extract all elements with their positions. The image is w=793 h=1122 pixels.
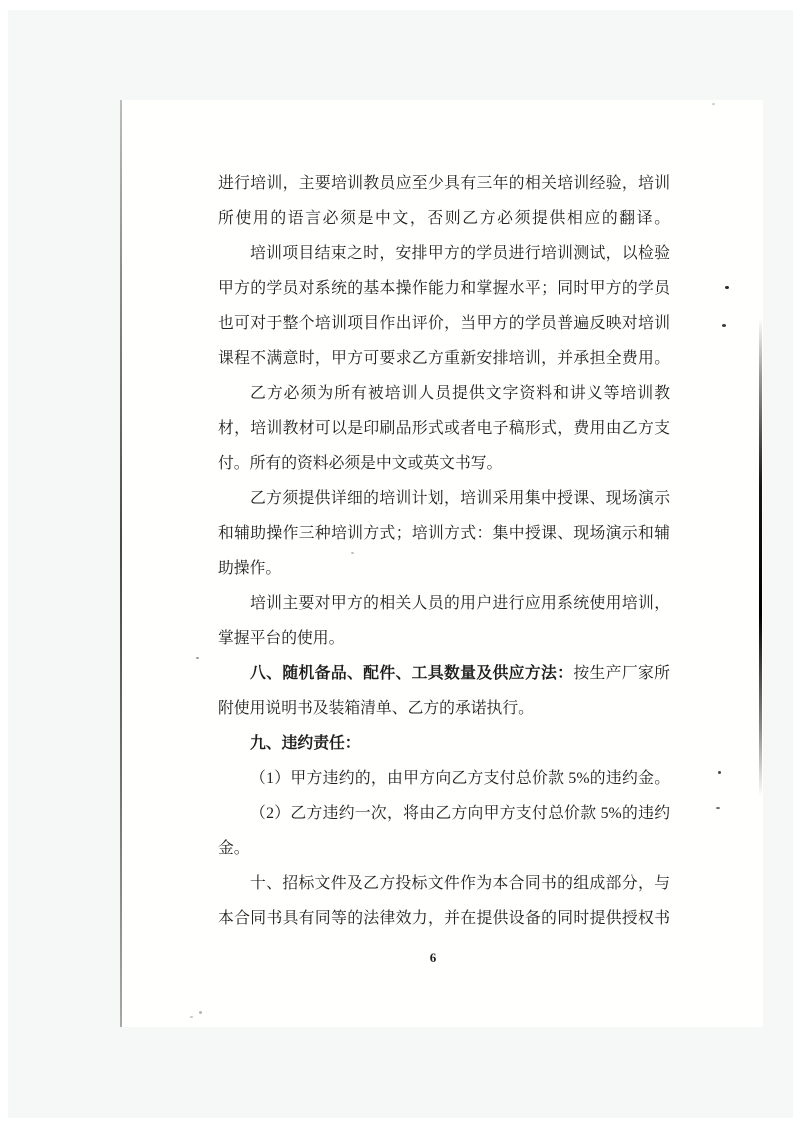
text-line: 所使用的语言必须是中文，否则乙方必须提供相应的翻译。 — [218, 201, 670, 236]
scan-canvas: 进行培训，主要培训教员应至少具有三年的相关培训经验，培训所使用的语言必须是中文，… — [0, 0, 793, 1122]
body-text: 付。所有的资料必须是中文或英文书写。 — [218, 455, 502, 472]
text-line: 甲方的学员对系统的基本操作能力和掌握水平；同时甲方的学员 — [218, 271, 670, 306]
text-line: 助操作。 — [218, 551, 670, 586]
body-text: 乙方须提供详细的培训计划，培训采用集中授课、现场演示 — [250, 490, 670, 507]
body-text: 课程不满意时，甲方可要求乙方重新安排培训，并承担全费用。 — [218, 350, 670, 367]
page-number: 6 — [218, 950, 648, 966]
text-line: 培训项目结束之时，安排甲方的学员进行培训测试，以检验 — [218, 236, 670, 271]
text-line: 金。 — [218, 831, 670, 866]
text-line: 本合同书具有同等的法律效力，并在提供设备的同时提供授权书 — [218, 901, 670, 936]
text-line: 培训主要对甲方的相关人员的用户进行应用系统使用培训， — [218, 586, 670, 621]
text-line: 十、招标文件及乙方投标文件作为本合同书的组成部分，与 — [218, 866, 670, 901]
body-text: （1）甲方违约的，由甲方向乙方支付总价款 5%的违约金。 — [250, 770, 670, 787]
body-text: 材，培训教材可以是印刷品形式或者电子稿形式，费用由乙方支 — [218, 420, 670, 437]
body-text: 助操作。 — [218, 560, 281, 577]
clause-heading-text: 九、违约责任： — [250, 735, 361, 752]
scan-speck — [190, 1016, 193, 1018]
body-text: 培训项目结束之时，安排甲方的学员进行培训测试，以检验 — [250, 245, 670, 262]
body-text: 本合同书具有同等的法律效力，并在提供设备的同时提供授权书 — [218, 910, 670, 927]
scan-speck — [716, 807, 720, 809]
text-line: 也可对于整个培训项目作出评价，当甲方的学员普遍反映对培训 — [218, 306, 670, 341]
scan-artifact-line — [759, 318, 762, 796]
scan-speck — [199, 1011, 202, 1014]
body-text: （2）乙方违约一次，将由乙方向甲方支付总价款 5%的违约 — [250, 805, 670, 822]
text-line: 和辅助操作三种培训方式；培训方式：集中授课、现场演示和辅 — [218, 516, 670, 551]
body-text: 按生产厂家所 — [573, 665, 670, 682]
text-line: 课程不满意时，甲方可要求乙方重新安排培训，并承担全费用。 — [218, 341, 670, 376]
text-line: 乙方必须为所有被培训人员提供文字资料和讲义等培训教 — [218, 376, 670, 411]
body-text: 甲方的学员对系统的基本操作能力和掌握水平；同时甲方的学员 — [218, 280, 670, 297]
text-line: 八、随机备品、配件、工具数量及供应方法：按生产厂家所 — [218, 656, 670, 691]
body-text: 金。 — [218, 840, 250, 857]
text-line: （2）乙方违约一次，将由乙方向甲方支付总价款 5%的违约 — [218, 796, 670, 831]
body-text: 培训主要对甲方的相关人员的用户进行应用系统使用培训， — [250, 595, 670, 612]
body-text: 乙方必须为所有被培训人员提供文字资料和讲义等培训教 — [250, 385, 670, 402]
body-text: 和辅助操作三种培训方式；培训方式：集中授课、现场演示和辅 — [218, 525, 670, 542]
body-text: 附使用说明书及装箱清单、乙方的承诺执行。 — [218, 700, 534, 717]
text-line: 附使用说明书及装箱清单、乙方的承诺执行。 — [218, 691, 670, 726]
text-block: 进行培训，主要培训教员应至少具有三年的相关培训经验，培训所使用的语言必须是中文，… — [218, 166, 670, 936]
text-line: 材，培训教材可以是印刷品形式或者电子稿形式，费用由乙方支 — [218, 411, 670, 446]
document-page: 进行培训，主要培训教员应至少具有三年的相关培训经验，培训所使用的语言必须是中文，… — [120, 100, 763, 1027]
body-text: 掌握平台的使用。 — [218, 630, 344, 647]
body-text: 进行培训，主要培训教员应至少具有三年的相关培训经验，培训 — [218, 175, 670, 192]
text-line: 进行培训，主要培训教员应至少具有三年的相关培训经验，培训 — [218, 166, 670, 201]
scan-speck — [718, 771, 721, 774]
text-line: 九、违约责任： — [218, 726, 670, 761]
scan-speck — [722, 324, 726, 327]
scan-speck — [725, 286, 729, 289]
clause-heading-text: 八、随机备品、配件、工具数量及供应方法： — [250, 665, 573, 682]
scan-speck — [712, 103, 715, 105]
text-line: （1）甲方违约的，由甲方向乙方支付总价款 5%的违约金。 — [218, 761, 670, 796]
scan-speck — [351, 552, 354, 554]
text-line: 付。所有的资料必须是中文或英文书写。 — [218, 446, 670, 481]
body-text: 也可对于整个培训项目作出评价，当甲方的学员普遍反映对培训 — [218, 315, 670, 332]
text-line: 掌握平台的使用。 — [218, 621, 670, 656]
scan-speck — [196, 657, 199, 659]
body-text: 十、招标文件及乙方投标文件作为本合同书的组成部分，与 — [250, 875, 670, 892]
text-line: 乙方须提供详细的培训计划，培训采用集中授课、现场演示 — [218, 481, 670, 516]
body-text: 所使用的语言必须是中文，否则乙方必须提供相应的翻译。 — [218, 210, 670, 227]
